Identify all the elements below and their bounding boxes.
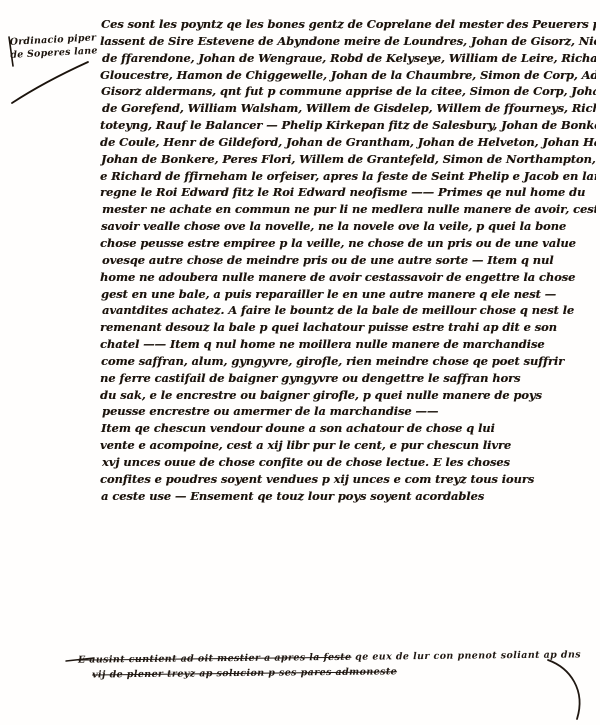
manuscript-line: ne ferre castifail de baigner gyngyvre o…	[100, 371, 596, 388]
manuscript-line: de ffarendone, Johan de Wengraue, Robd d…	[102, 51, 596, 68]
manuscript-line: mester ne achate en commun ne pur li ne …	[102, 202, 596, 219]
manuscript-line: Johan de Bonkere, Peres Flori, Willem de…	[101, 152, 596, 169]
manuscript-line: chatel —— Item q nul home ne moillera nu…	[100, 337, 596, 354]
footer-annotation: E ausint cuntient ad oit mestier a apres…	[78, 647, 583, 682]
manuscript-line: xvj unces ouue de chose confite ou de ch…	[102, 455, 596, 472]
manuscript-line: savoir vealle chose ove la novelle, ne l…	[101, 219, 596, 236]
footer-struck-text: vij de plener treyz ap solucion p ses pa…	[92, 666, 397, 680]
manuscript-line: regne le Roi Edward fitz le Roi Edward n…	[100, 185, 596, 202]
manuscript-line: Gisorz aldermans, qnt fut p commune appr…	[101, 84, 596, 101]
manuscript-line: chose peusse estre empiree p la veille, …	[100, 236, 596, 253]
manuscript-line: lassent de Sire Estevene de Abyndone mei…	[100, 34, 596, 51]
manuscript-line: de Coule, Henr de Gildeford, Johan de Gr…	[100, 135, 596, 152]
margin-note-diagonal-stroke	[12, 62, 88, 103]
manuscript-line: remenant desouz la bale p quei lachatour…	[100, 320, 596, 337]
manuscript-line: ovesqe autre chose de meindre pris ou de…	[102, 253, 596, 270]
manuscript-line: Ces sont les poyntz qe les bones gentz d…	[101, 17, 596, 34]
manuscript-line: gest en une bale, a puis reparailler le …	[101, 287, 596, 304]
footer-tail-text: qe eux de lur con pnenot soliant ap dns	[351, 649, 581, 662]
manuscript-line: home ne adoubera nulle manere de avoir c…	[100, 270, 596, 287]
manuscript-line: confites e poudres soyent vendues p xij …	[100, 472, 596, 489]
manuscript-line: e Richard de ffirneham le orfeiser, apre…	[100, 169, 596, 186]
manuscript-page: Ordinacio piper de Soperes lane Ces sont…	[0, 0, 600, 725]
manuscript-line: Item qe chescun vendour doune a son acha…	[101, 421, 596, 438]
manuscript-line: vente e acompoine, cest a xij libr pur l…	[100, 438, 596, 455]
manuscript-line: avantdites achatez. A faire le bountz de…	[102, 303, 596, 320]
manuscript-line: de Gorefend, William Walsham, Willem de …	[102, 101, 596, 118]
manuscript-line: Gloucestre, Hamon de Chiggewelle, Johan …	[100, 68, 596, 85]
manuscript-line: du sak, e le encrestre ou baigner girofl…	[100, 388, 596, 405]
manuscript-line: come saffran, alum, gyngyvre, girofle, r…	[101, 354, 596, 371]
manuscript-line: peusse encrestre ou amermer de la marcha…	[102, 404, 596, 421]
manuscript-line: a ceste use — Ensement qe touz lour poys…	[101, 489, 596, 506]
manuscript-line: toteyng, Rauf le Balancer — Phelip Kirke…	[100, 118, 596, 135]
body-text: Ces sont les poyntz qe les bones gentz d…	[100, 17, 596, 505]
footer-struck-text: E ausint cuntient ad oit mestier a apres…	[78, 652, 352, 666]
